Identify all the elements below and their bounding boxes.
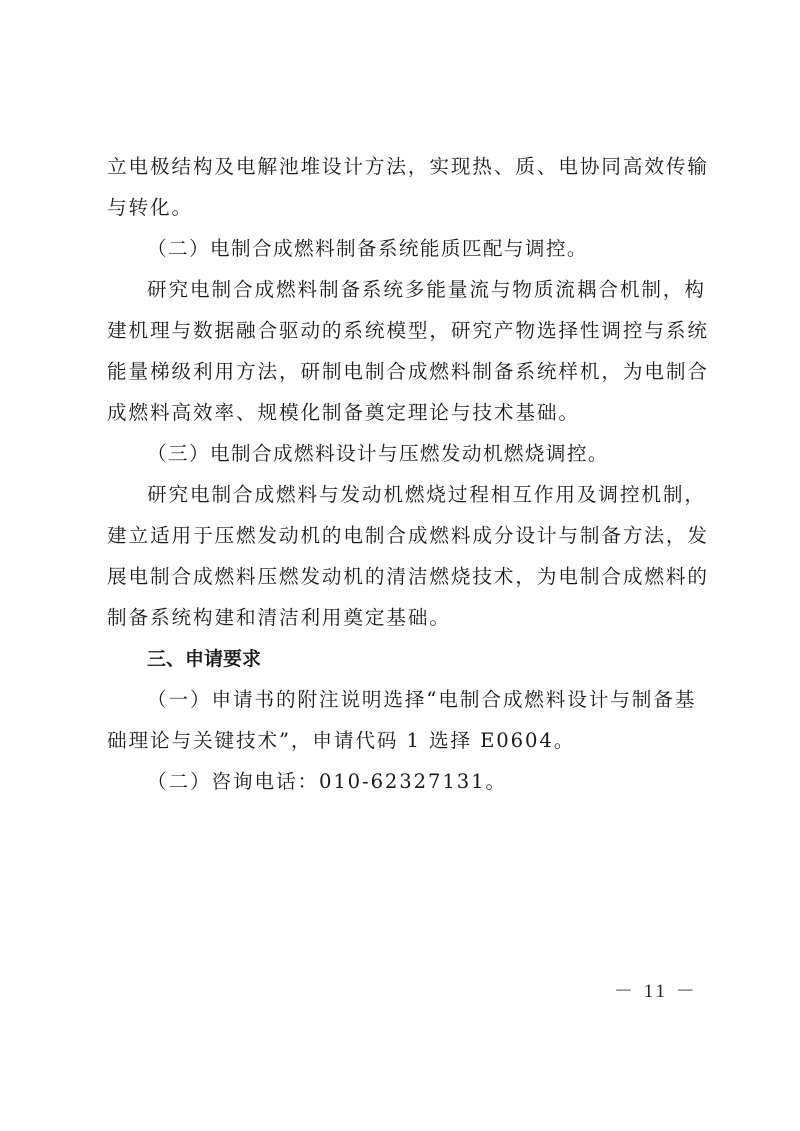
body-line: 建立适用于压燃发动机的电制合成燃料成分设计与制备方法，发: [107, 524, 697, 548]
body-line: （一）申请书的附注说明选择“电制合成燃料设计与制备基: [147, 688, 737, 712]
body-line: 制备系统构建和清洁利用奠定基础。: [107, 606, 697, 630]
body-line: 础理论与关键技术”，申请代码 1 选择 E0604。: [107, 729, 697, 753]
watermark-logo: [735, 1107, 790, 1119]
body-line: 展电制合成燃料压燃发动机的清洁燃烧技术，为电制合成燃料的: [107, 565, 697, 589]
section-heading: 三、申请要求: [147, 647, 737, 671]
body-line: 成燃料高效率、规模化制备奠定理论与技术基础。: [107, 401, 697, 425]
body-line: （二）咨询电话：010-62327131。: [147, 770, 737, 794]
subheading-2: （二）电制合成燃料制备系统能质匹配与调控。: [147, 237, 737, 261]
body-line: 与转化。: [107, 196, 697, 220]
subheading-3: （三）电制合成燃料设计与压燃发动机燃烧调控。: [147, 442, 737, 466]
body-line: 立电极结构及电解池堆设计方法，实现热、质、电协同高效传输: [107, 155, 697, 179]
body-line: 研究电制合成燃料与发动机燃烧过程相互作用及调控机制，: [147, 483, 737, 507]
page-number: － 11 －: [614, 980, 698, 1004]
body-line: 建机理与数据融合驱动的系统模型，研究产物选择性调控与系统: [107, 319, 697, 343]
document-page: 立电极结构及电解池堆设计方法，实现热、质、电协同高效传输 与转化。 （二）电制合…: [0, 0, 800, 1131]
body-line: 能量梯级利用方法，研制电制合成燃料制备系统样机，为电制合: [107, 360, 697, 384]
body-line: 研究电制合成燃料制备系统多能量流与物质流耦合机制，构: [147, 278, 737, 302]
